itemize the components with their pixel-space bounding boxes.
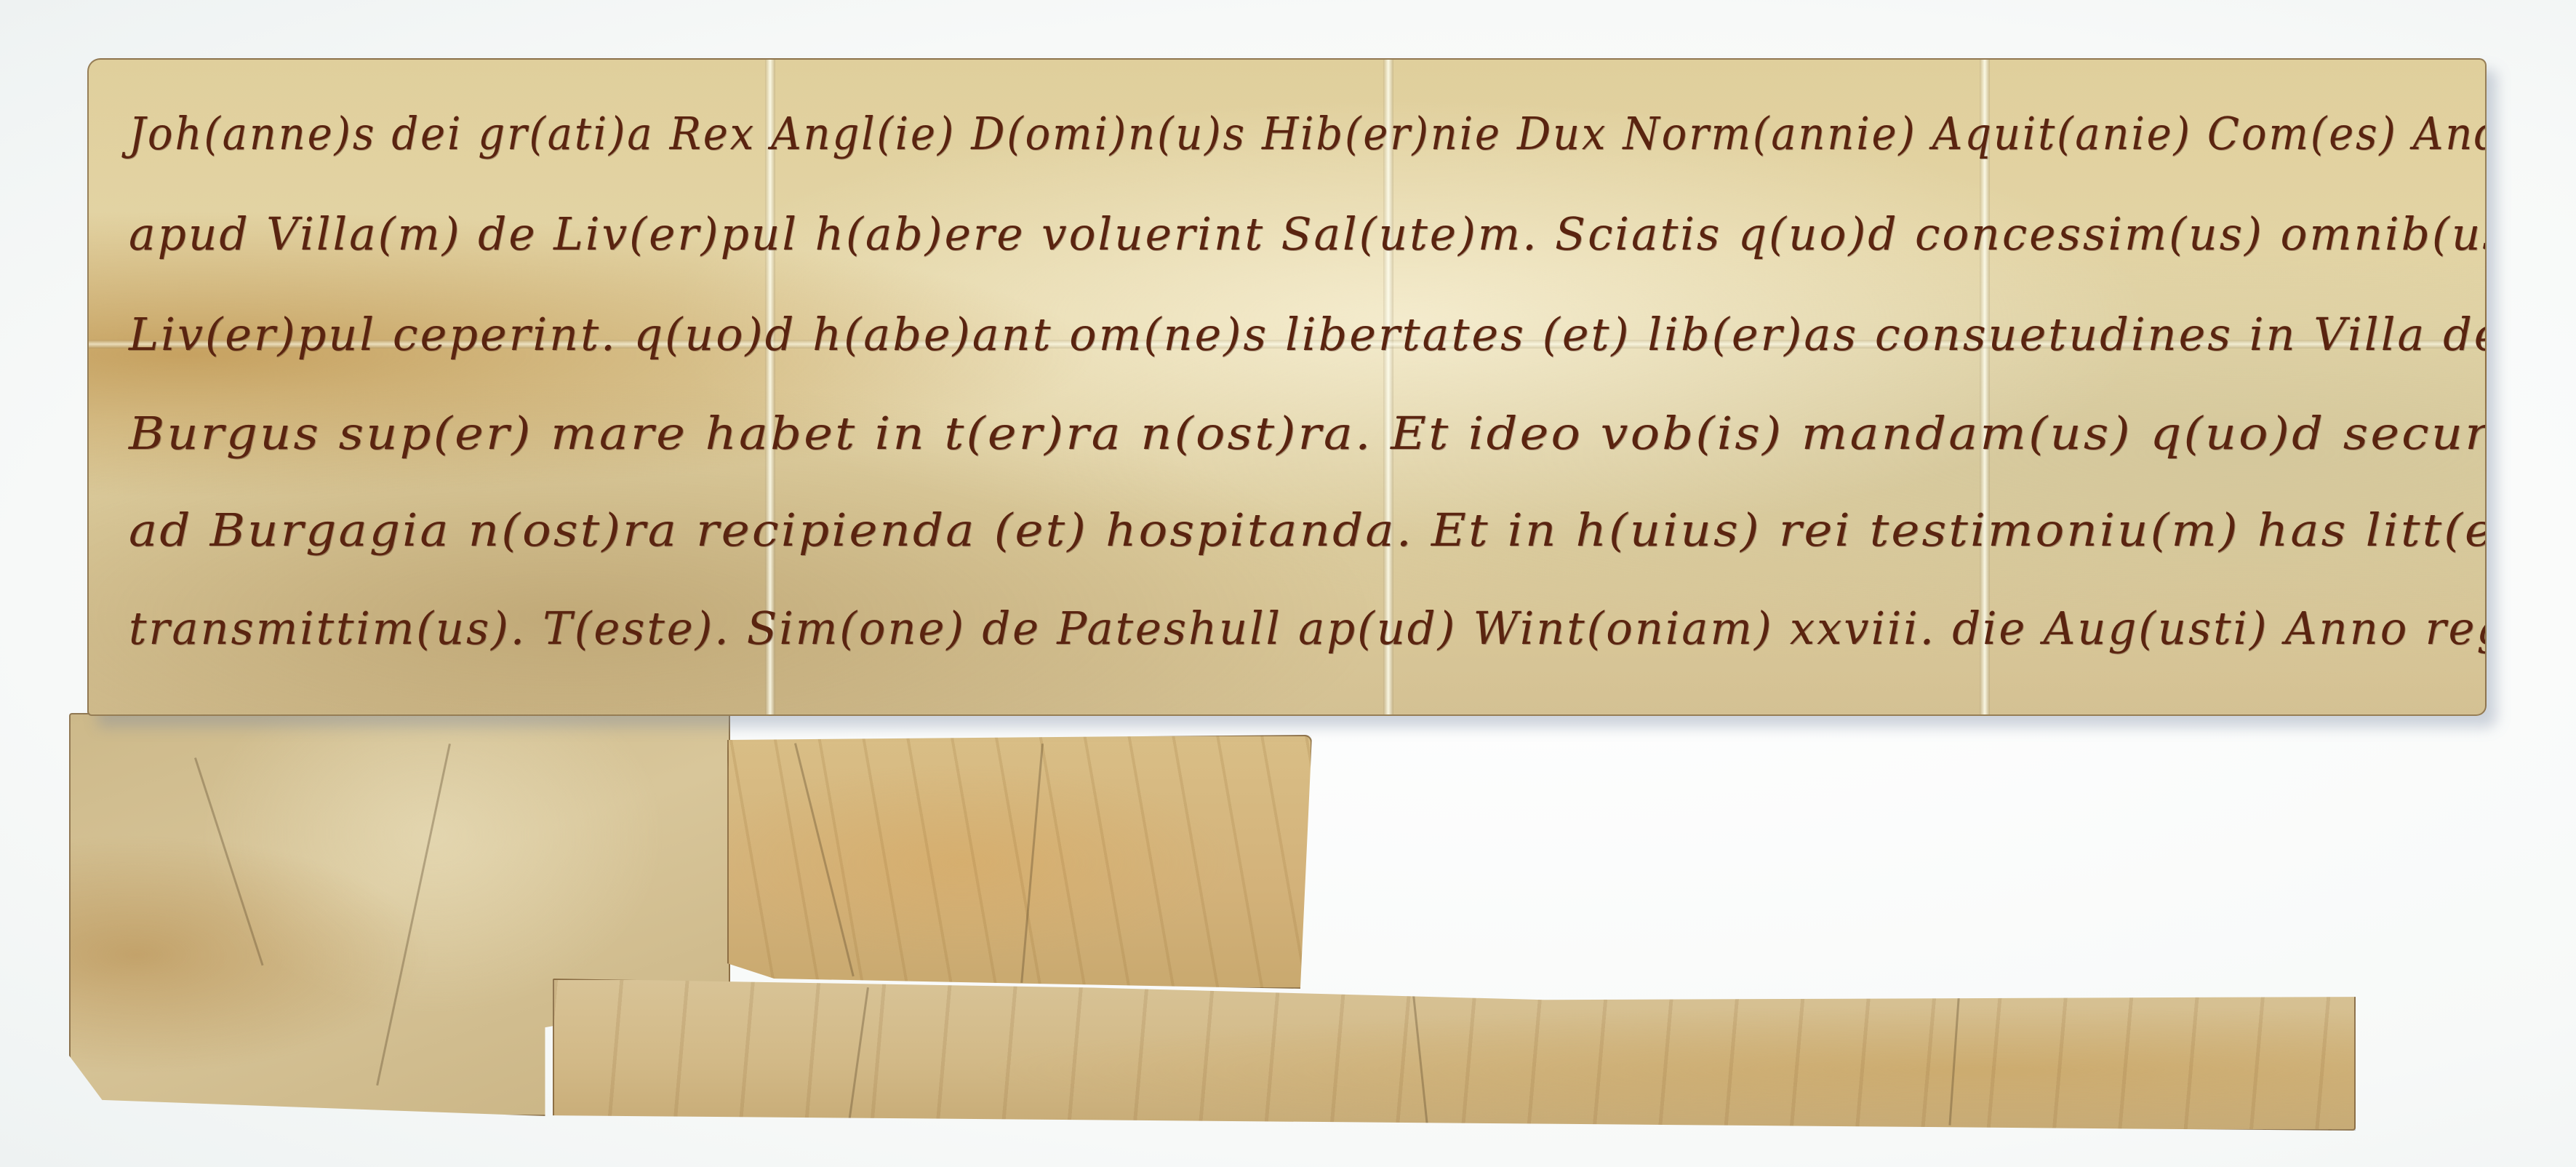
crease-line — [1020, 744, 1044, 983]
photo-background: Joh(anne)s dei gr(ati)a Rex Angl(ie) D(o… — [0, 0, 2576, 1167]
crease-line — [194, 757, 264, 965]
crease-line — [794, 743, 855, 976]
text-line-4: Burgus sup(er) mare habet in t(er)ra n(o… — [129, 407, 2487, 460]
text-line-2: apud Villa(m) de Liv(er)pul h(ab)ere vol… — [129, 207, 2487, 260]
crease-line — [376, 744, 451, 1086]
text-line-5: ad Burgagia n(ost)ra recipienda (et) hos… — [129, 503, 2487, 557]
text-line-1: Joh(anne)s dei gr(ati)a Rex Angl(ie) D(o… — [129, 107, 2487, 160]
text-line-3: Liv(er)pul ceperint. q(uo)d h(abe)ant om… — [129, 308, 2487, 361]
text-line-6: transmittim(us). T(este). Sim(one) de Pa… — [129, 602, 2487, 655]
crease-line — [848, 987, 869, 1125]
crease-line — [1948, 995, 1960, 1126]
parchment-sealing-strip — [553, 979, 2356, 1131]
crease-line — [1412, 995, 1428, 1125]
parchment-middle-tab — [727, 735, 1312, 989]
charter-main-sheet: Joh(anne)s dei gr(ati)a Rex Angl(ie) D(o… — [87, 58, 2487, 716]
